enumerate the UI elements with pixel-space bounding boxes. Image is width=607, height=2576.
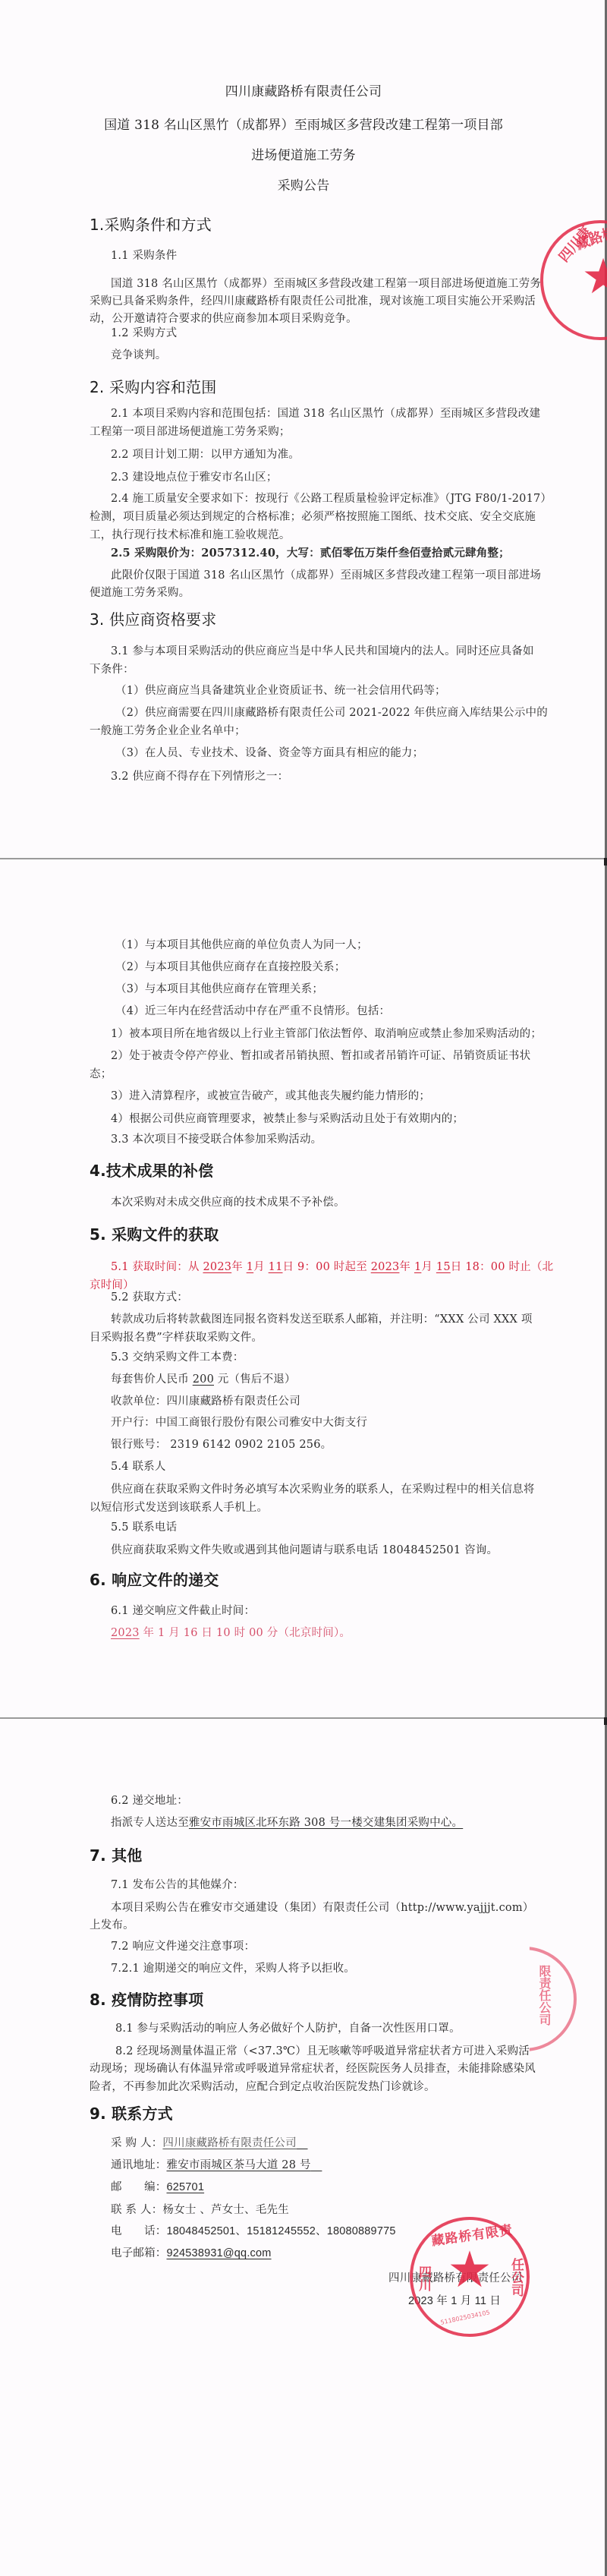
- s3-bad-3: 3）进入清算程序，或被宣告破产，或其他丧失履约能力情形的；: [111, 1089, 430, 1103]
- s9-email-link[interactable]: 924538931@qq.com: [167, 2247, 272, 2259]
- seal-ring-right: 任公司: [507, 2258, 526, 2297]
- s2-item-2-5-price-limit: 2.5 采购限价为：2057312.40，大写：贰佰零伍万柒仟叁佰壹拾贰元肆角整…: [111, 547, 510, 560]
- s9-address-value: 雅安市雨城区茶马大道 28 号: [167, 2159, 311, 2171]
- s1-p1-l2: 采购已具备采购条件，经四川康藏路桥有限责任公司批准，现对该施工项目实施公开采购活: [90, 295, 536, 308]
- s6-address-value: 雅安市雨城区北环东路 308 号一楼交建集团采购中心。: [189, 1817, 463, 1829]
- section-2-heading: 2. 采购内容和范围: [90, 378, 216, 396]
- s5-contact-l2: 以短信形式发送到该联系人手机上。: [90, 1501, 268, 1515]
- section-6-heading: 6. 响应文件的递交: [90, 1571, 219, 1589]
- s5-fee-prefix: 每套售价人民币: [111, 1373, 193, 1386]
- s6-deadline-year: 2023: [111, 1627, 140, 1639]
- s2-item-2-4-l2: 检测，项目质量必须达到规定的合格标准；必须严格按照施工图纸、技术交底、安全交底施: [90, 510, 536, 524]
- s8-item-8-2-l1: 8.2 经现场测量体温正常（<37.3℃）且无咳嗽等呼吸道异常症状者方可进入采购…: [115, 2045, 530, 2058]
- s9-buyer-label: 采 购 人：: [111, 2137, 162, 2149]
- s5-5-1-start-day: 11: [269, 1261, 283, 1273]
- page-break-2: [0, 1717, 605, 1719]
- s5-5-1-nian: 年: [231, 1261, 247, 1273]
- s2-limit-l2: 便道施工劳务采购。: [90, 586, 190, 600]
- company-seal-stamp-partial-page3: 限责任公司: [472, 1947, 577, 2051]
- s3-bad-4: 4）根据公司供应商管理要求，被禁止参与采购活动且处于有效期内的；: [111, 1112, 464, 1126]
- s6-item-6-2: 6.2 递交地址：: [111, 1794, 188, 1808]
- company-seal-stamp-signature: ★ 藏路桥有限责 四川 任公司 5118025034105: [410, 2217, 530, 2337]
- s3-cond-1: （1）供应商应当具备建筑业企业资质证书、统一社会信用代码等；: [115, 684, 446, 698]
- company-title: 四川康藏路桥有限责任公司: [0, 84, 607, 100]
- s5-5-1-yue-2: 月: [421, 1261, 436, 1273]
- s6-item-6-1: 6.1 递交响应文件截止时间：: [111, 1604, 255, 1618]
- s5-5-1-end-month: 1: [414, 1261, 421, 1273]
- s6-deadline-rest: 年 1 月 16 日 10 时 00 分（北京时间）。: [140, 1627, 351, 1639]
- s5-5-1-start-year: 2023: [203, 1261, 231, 1273]
- s2-limit-l1: 此限价仅限于国道 318 名山区黑竹（成都界）至雨城区多营段改建工程第一项目部进…: [111, 569, 541, 582]
- seal-star-icon: ★: [577, 251, 607, 304]
- s3-cond-3: （3）在人员、专业技术、设备、资金等方面具有相应的能力；: [115, 746, 423, 760]
- s1-p1-l1: 国道 318 名山区黑竹（成都界）至雨城区多营段改建工程第一项目部进场便道施工劳…: [111, 277, 541, 291]
- s9-email: 电子邮箱：924538931@qq.com: [111, 2247, 272, 2260]
- s5-item-5-5: 5.5 联系电话: [111, 1521, 177, 1534]
- s1-method: 竞争谈判。: [111, 348, 167, 362]
- s9-zip: 邮 编：625701: [111, 2180, 204, 2194]
- s7-item-7-1: 7.1 发布公告的其他媒介：: [111, 1878, 244, 1892]
- s3-excl-2: （2）与本项目其他供应商存在直接控股关系；: [115, 960, 345, 974]
- s9-contacts-value: 杨女士 、芦女士、毛先生: [162, 2204, 289, 2216]
- s3-excl-4: （4）近三年内在经营活动中存在严重不良情形。包括：: [115, 1004, 390, 1018]
- s5-5-1-end-day: 15: [436, 1261, 451, 1273]
- s6-address: 指派专人送达至雅安市雨城区北环东路 308 号一楼交建集团采购中心。: [111, 1816, 463, 1830]
- doc-type-title: 采购公告: [0, 178, 607, 194]
- s3-bad-1: 1）被本项目所在地省级以上行业主管部门依法暂停、取消响应或禁止参加采购活动的；: [111, 1027, 542, 1041]
- s5-item-5-4: 5.4 联系人: [111, 1460, 166, 1474]
- s3-item-3-3: 3.3 本次项目不接受联合体参加采购活动。: [111, 1133, 322, 1146]
- s5-phone-text: 供应商获取采购文件失败或遇到其他问题请与联系电话 18048452501 咨询。: [111, 1543, 498, 1557]
- company-seal-stamp-partial-page1: ★ 四川康 藏路桥: [540, 220, 607, 340]
- section-5-heading: 5. 采购文件的获取: [90, 1225, 219, 1244]
- s9-buyer-value: 四川康藏路桥有限责任公司: [162, 2137, 296, 2149]
- s2-item-2-4-l1: 2.4 施工质量安全要求如下：按现行《公路工程质量检验评定标准》（JTG F80…: [111, 492, 552, 506]
- s9-zip-value: 625701: [167, 2181, 205, 2193]
- s3-excl-3: （3）与本项目其他供应商存在管理关系；: [115, 982, 323, 996]
- s2-item-2-1-l1: 2.1 本项目采购内容和范围包括：国道 318 名山区黑竹（成都界）至雨城区多营…: [111, 407, 540, 421]
- s5-method-l2: 目采购报名费”字样获取采购文件。: [90, 1331, 263, 1345]
- page-break-1: [0, 858, 605, 859]
- s9-address-label: 通讯地址：: [111, 2159, 167, 2171]
- seal-ring-text-3: 限责任公司: [536, 1965, 553, 2026]
- s2-item-2-3: 2.3 建设地点位于雅安市名山区；: [111, 471, 278, 484]
- project-title: 国道 318 名山区黑竹（成都界）至雨城区多营段改建工程第一项目部: [0, 117, 607, 134]
- s5-fee: 每套售价人民币 200 元（售后不退）: [111, 1373, 296, 1386]
- s7-media-l2: 上发布。: [90, 1919, 134, 1932]
- s5-payee: 收款单位：四川康藏路桥有限责任公司: [111, 1395, 300, 1408]
- s3-cond-2-l2: 一般施工劳务企业企业名单中；: [90, 724, 246, 738]
- s3-cond-2-l1: （2）供应商需要在四川康藏路桥有限责任公司 2021-2022 年供应商入库结果…: [115, 706, 548, 720]
- s5-fee-amount: 200: [193, 1373, 214, 1386]
- s3-bad-2-l1: 2）处于被责令停产停业、暂扣或者吊销执照、暂扣或者吊销许可证、吊销资质证书状: [111, 1049, 530, 1063]
- s5-fee-suffix: 元（售后不退）: [214, 1373, 296, 1386]
- s5-5-1-end-time: 日 18：00 时止（北: [451, 1261, 554, 1273]
- s5-bank: 开户行：中国工商银行股份有限公司雅安中大街支行: [111, 1416, 367, 1430]
- s3-item-3-2: 3.2 供应商不得存在下列情形之一：: [111, 770, 288, 784]
- s3-item-3-1-l1: 3.1 参与本项目采购活动的供应商应当是中华人民共和国境内的法人。同时还应具备如: [111, 645, 534, 658]
- s8-item-8-2-l2: 动现场；现场确认有体温异常或呼吸道异常症状者，经医院医务人员排查，未能排除感染风: [90, 2062, 536, 2076]
- s3-bad-2-l2: 态；: [90, 1067, 112, 1081]
- section-3-heading: 3. 供应商资格要求: [90, 610, 216, 629]
- s5-5-1-prefix: 5.1 获取时间：从: [111, 1261, 203, 1273]
- s5-5-1-nian-2: 年: [399, 1261, 414, 1273]
- s7-media-l1: 本项目采购公告在雅安市交通建设（集团）有限责任公司（http://www.yaj…: [111, 1901, 534, 1915]
- s1-p1-l3: 动，公开邀请符合要求的供应商参加本项目采购竞争。: [90, 312, 357, 326]
- s7-item-7-2: 7.2 响应文件递交注意事项：: [111, 1940, 255, 1953]
- s9-contacts: 联 系 人：杨女士 、芦女士、毛先生: [111, 2203, 289, 2217]
- s8-item-8-1: 8.1 参与采购活动的响应人务必做好个人防护，自备一次性医用口罩。: [115, 2022, 461, 2035]
- s3-excl-1: （1）与本项目其他供应商的单位负责人为同一人；: [115, 938, 368, 952]
- s5-method-l1: 转款成功后将转款截图连同报名资料发送至联系人邮箱，并注明：“XXX 公司 XXX…: [111, 1313, 533, 1326]
- s2-item-2-1-l2: 工程第一项目部进场便道施工劳务采购；: [90, 425, 291, 439]
- s9-address: 通讯地址：雅安市雨城区茶马大道 28 号: [111, 2158, 322, 2172]
- section-7-heading: 7. 其他: [90, 1846, 142, 1865]
- s4-text: 本次采购对未成交供应商的技术成果不予补偿。: [111, 1196, 345, 1209]
- s9-zip-label: 邮 编：: [111, 2181, 167, 2193]
- s5-item-5-3: 5.3 交纳采购文件工本费：: [111, 1351, 244, 1364]
- section-4-heading: 4.技术成果的补偿: [90, 1162, 213, 1180]
- s9-phones-label: 电 话：: [111, 2225, 167, 2237]
- s6-address-prefix: 指派专人送达至: [111, 1817, 189, 1829]
- s2-item-2-2: 2.2 项目计划工期：以甲方通知为准。: [111, 448, 300, 462]
- seal-code: 5118025034105: [440, 2309, 491, 2326]
- section-9-heading: 9. 联系方式: [90, 2105, 173, 2123]
- s5-item-5-1-time: 5.1 获取时间：从 2023年 1月 11日 9：00 时起至 2023年 1…: [111, 1260, 553, 1274]
- section-8-heading: 8. 疫情防控事项: [90, 1991, 203, 2009]
- s5-5-1-yue: 月: [253, 1261, 269, 1273]
- seal-ring-left: 四川: [414, 2265, 433, 2291]
- s1-sub1: 1.1 采购条件: [111, 249, 177, 263]
- s9-phones-value: 18048452501、15181245552、18080889775: [167, 2225, 396, 2237]
- s9-email-label: 电子邮箱：: [111, 2247, 167, 2259]
- s8-item-8-2-l3: 险者，不再参加此次采购活动，应配合到定点收治医院发热门诊就诊。: [90, 2080, 436, 2094]
- s5-5-1-end-year: 2023: [371, 1261, 400, 1273]
- s7-item-7-2-1: 7.2.1 逾期递交的响应文件，采购人将予以拒收。: [111, 1962, 355, 1975]
- seal-star-icon-2: ★: [443, 2243, 496, 2297]
- s2-item-2-4-l3: 工，执行现行技术标准和施工验收规范。: [90, 528, 291, 542]
- s5-item-5-2: 5.2 获取方式：: [111, 1291, 188, 1304]
- s6-deadline: 2023 年 1 月 16 日 10 时 00 分（北京时间）。: [111, 1626, 351, 1640]
- s5-contact-l1: 供应商在获取采购文件时务必填写本次采购业务的联系人，在采购过程中的相关信息将: [111, 1483, 535, 1496]
- s5-5-1-start-time: 日 9：00 时起至: [283, 1261, 371, 1273]
- s5-5-1-start-month: 1: [247, 1261, 253, 1273]
- page-break-corner-1: [604, 858, 607, 865]
- page-break-corner-2: [604, 1717, 607, 1725]
- s9-buyer: 采 购 人：四川康藏路桥有限责任公司: [111, 2136, 308, 2150]
- s3-item-3-1-l2: 下条件：: [90, 663, 134, 676]
- s5-account: 银行账号： 2319 6142 0902 2105 256。: [111, 1438, 332, 1452]
- s9-contacts-label: 联 系 人：: [111, 2204, 162, 2216]
- section-1-heading: 1.采购条件和方式: [90, 216, 212, 234]
- s1-sub2: 1.2 采购方式: [111, 326, 177, 340]
- subject-title: 进场便道施工劳务: [0, 147, 607, 164]
- s9-phones: 电 话：18048452501、15181245552、18080889775: [111, 2224, 396, 2238]
